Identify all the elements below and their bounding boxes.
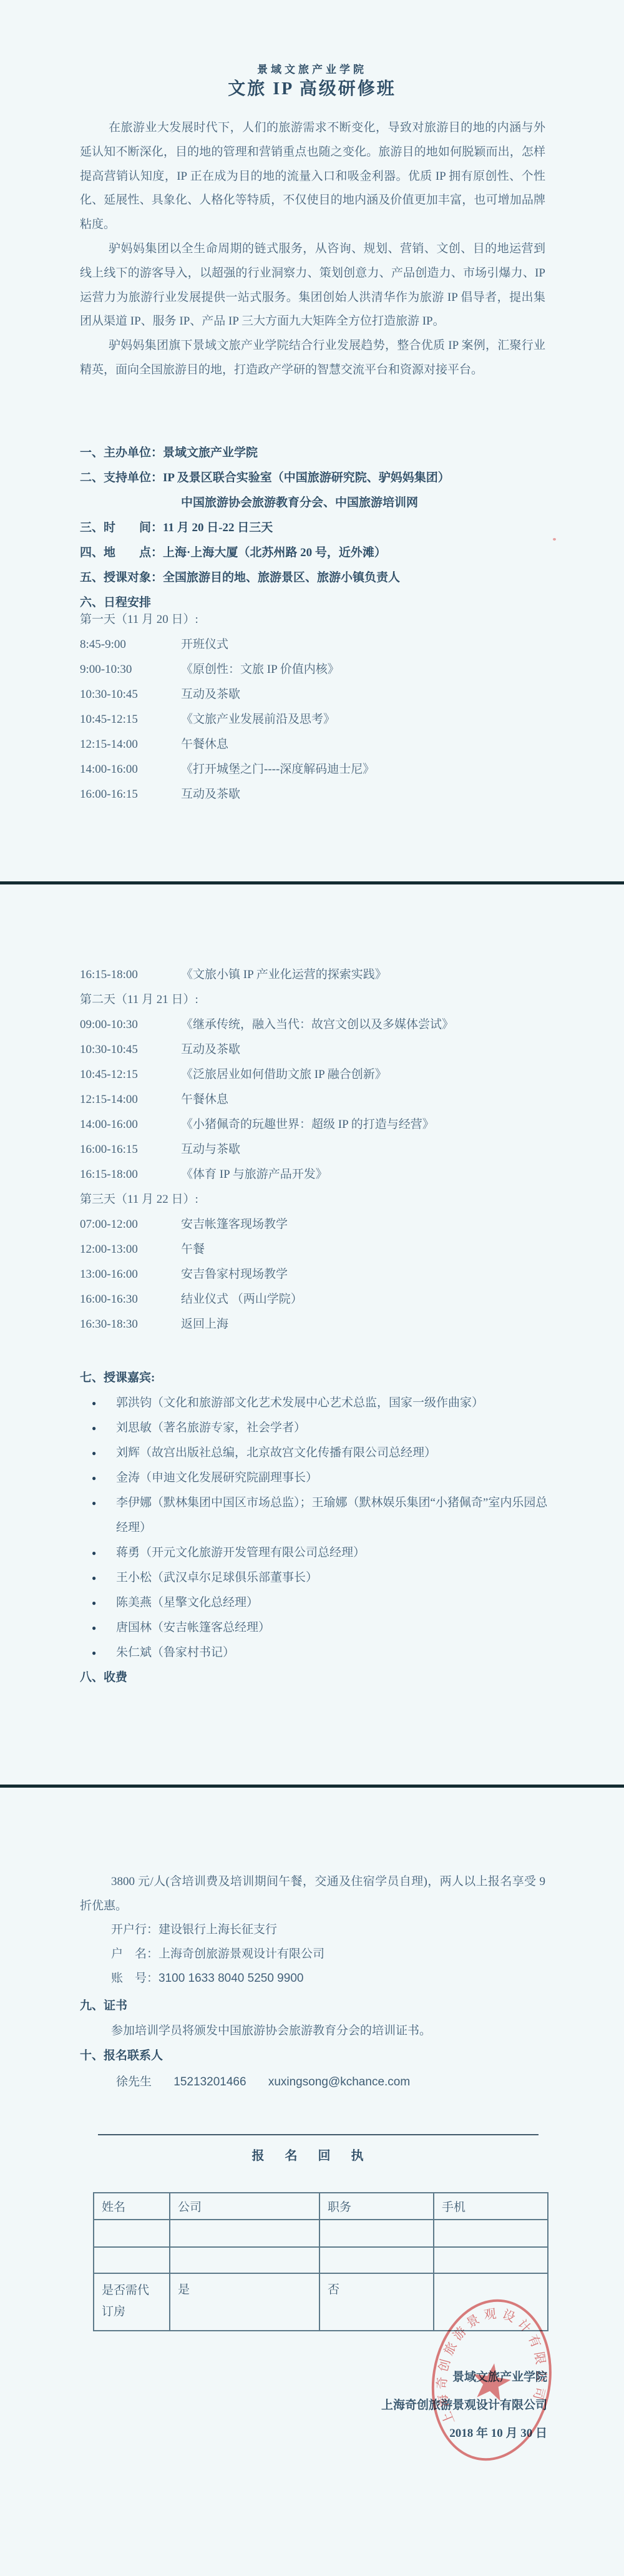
column-header-name: 姓名 bbox=[94, 2193, 170, 2220]
guest-text: 刘辉（故宫出版社总编，北京故宫文化传播有限公司总经理） bbox=[116, 1441, 436, 1466]
schedule-activity: 互动及茶歇 bbox=[181, 782, 240, 807]
guests-heading: 七、授课嘉宾: bbox=[80, 1368, 155, 1385]
day-header: 第一天（11 月 20 日）: bbox=[80, 607, 573, 632]
table-row bbox=[94, 2247, 548, 2273]
schedule-activity: 《原创性：文旅 IP 价值内核》 bbox=[181, 657, 339, 682]
schedule-activity: 午餐 bbox=[181, 1237, 205, 1262]
schedule-activity: 《小猪佩奇的玩趣世界：超级 IP 的打造与经营》 bbox=[181, 1112, 434, 1137]
intro-paragraph: 驴妈妈集团以全生命周期的链式服务，从咨询、规划、营销、文创、目的地运营到线上线下… bbox=[80, 237, 545, 334]
bullet-icon: ● bbox=[80, 1491, 116, 1516]
schedule-time: 16:00-16:15 bbox=[80, 782, 181, 807]
info-section: 一、主办单位：景域文旅产业学院 二、支持单位：IP 及景区联合实验室（中国旅游研… bbox=[80, 441, 560, 615]
schedule-row: 16:15-18:00 《体育 IP 与旅游产品开发》 bbox=[80, 1162, 573, 1187]
guest-text: 李伊娜（默林集团中国区市场总监）；王瑜娜（默林娱乐集团“小猪佩奇”室内乐园总经理… bbox=[116, 1491, 558, 1540]
need-booking-label: 是否需代订房 bbox=[94, 2273, 170, 2331]
empty-cell bbox=[94, 2220, 170, 2247]
info-item-audience: 五、授课对象：全国旅游目的地、旅游景区、旅游小镇负责人 bbox=[80, 566, 560, 590]
schedule-row: 10:30-10:45 互动及茶歇 bbox=[80, 682, 573, 707]
bank-line-account-number: 账 号：3100 1633 8040 5250 9900 bbox=[111, 1966, 324, 1991]
bullet-icon: ● bbox=[80, 1640, 116, 1665]
contact-line: 徐先生 15213201466 xuxingsong@kchance.com bbox=[116, 2072, 429, 2089]
guest-item: ● 刘辉（故宫出版社总编，北京故宫文化传播有限公司总经理） bbox=[80, 1441, 558, 1466]
day2-day3-schedule: 16:15-18:00 《文旅小镇 IP 产业化运营的探索实践》 第二天（11 … bbox=[80, 962, 573, 1337]
info-item-support: 二、支持单位：IP 及景区联合实验室（中国旅游研究院、驴妈妈集团） bbox=[80, 466, 560, 491]
schedule-row: 16:30-18:30 返回上海 bbox=[80, 1312, 573, 1337]
schedule-row: 16:00-16:30 结业仪式 （两山学院） bbox=[80, 1287, 573, 1312]
info-item-time: 三、时 间：11 月 20 日-22 日三天 bbox=[80, 516, 560, 541]
schedule-activity: 《打开城堡之门----深度解码迪士尼》 bbox=[181, 757, 374, 782]
page-separator bbox=[0, 1785, 624, 1788]
column-header-company: 公司 bbox=[170, 2193, 319, 2220]
schedule-time: 14:00-16:00 bbox=[80, 757, 181, 782]
fee-note: 3800 元/人(含培训费及培训期间午餐，交通及住宿学员自理)，两人以上报名享受… bbox=[80, 1869, 545, 1918]
guest-text: 陈美燕（星擎文化总经理） bbox=[116, 1590, 258, 1615]
bullet-icon: ● bbox=[80, 1416, 116, 1441]
info-item-support-cont: 中国旅游协会旅游教育分会、中国旅游培训网 bbox=[80, 491, 560, 516]
empty-cell bbox=[434, 2247, 548, 2273]
schedule-time: 09:00-10:30 bbox=[80, 1012, 181, 1037]
guest-item: ● 蒋勇（开元文化旅游开发管理有限公司总经理） bbox=[80, 1540, 558, 1565]
schedule-row: 16:00-16:15 互动及茶歇 bbox=[80, 782, 573, 807]
schedule-activity: 《泛旅居业如何借助文旅 IP 融合创新》 bbox=[181, 1062, 387, 1087]
schedule-activity: 《继承传统，融入当代：故宫文创以及多媒体尝试》 bbox=[181, 1012, 454, 1037]
guest-item: ● 郭洪钧（文化和旅游部文化艺术发展中心艺术总监，国家一级作曲家） bbox=[80, 1391, 558, 1416]
contact-phone: 15213201466 bbox=[173, 2075, 246, 2089]
schedule-row: 12:00-13:00 午餐 bbox=[80, 1237, 573, 1262]
schedule-activity: 《体育 IP 与旅游产品开发》 bbox=[181, 1162, 328, 1187]
table-row bbox=[94, 2220, 548, 2247]
schedule-row: 9:00-10:30 《原创性：文旅 IP 价值内核》 bbox=[80, 657, 573, 682]
schedule-activity: 《文旅产业发展前沿及思考》 bbox=[181, 707, 335, 732]
schedule-row: 12:15-14:00 午餐休息 bbox=[80, 1087, 573, 1112]
guest-item: ● 李伊娜（默林集团中国区市场总监）；王瑜娜（默林娱乐集团“小猪佩奇”室内乐园总… bbox=[80, 1491, 558, 1540]
schedule-time: 8:45-9:00 bbox=[80, 632, 181, 657]
schedule-row: 14:00-16:00 《打开城堡之门----深度解码迪士尼》 bbox=[80, 757, 573, 782]
empty-cell bbox=[170, 2220, 319, 2247]
empty-cell bbox=[170, 2247, 319, 2273]
schedule-activity: 互动及茶歇 bbox=[181, 1037, 240, 1062]
schedule-activity: 互动与茶歇 bbox=[181, 1137, 240, 1162]
schedule-time: 16:15-18:00 bbox=[80, 962, 181, 987]
schedule-time: 12:00-13:00 bbox=[80, 1237, 181, 1262]
document-title: 文旅 IP 高级研修班 bbox=[0, 75, 624, 100]
booking-yes-cell: 是 bbox=[170, 2273, 319, 2331]
schedule-row: 12:15-14:00 午餐休息 bbox=[80, 732, 573, 757]
contact-name: 徐先生 bbox=[116, 2075, 152, 2089]
page-separator bbox=[0, 881, 624, 884]
bank-line-bank: 开户行：建设银行上海长征支行 bbox=[111, 1917, 324, 1942]
bank-details: 开户行：建设银行上海长征支行 户 名：上海奇创旅游景观设计有限公司 账 号：31… bbox=[111, 1917, 324, 1991]
schedule-activity: 午餐休息 bbox=[181, 732, 228, 757]
guest-item: ● 刘思敏（著名旅游专家，社会学者） bbox=[80, 1416, 558, 1441]
schedule-time: 12:15-14:00 bbox=[80, 1087, 181, 1112]
schedule-row: 16:00-16:15 互动与茶歇 bbox=[80, 1137, 573, 1162]
guest-text: 王小松（武汉卓尔足球俱乐部董事长） bbox=[116, 1565, 318, 1590]
guest-text: 朱仁斌（鲁家村书记） bbox=[116, 1640, 235, 1665]
schedule-row: 10:30-10:45 互动及茶歇 bbox=[80, 1037, 573, 1062]
guest-text: 唐国林（安吉帐篷客总经理） bbox=[116, 1615, 270, 1640]
empty-cell bbox=[319, 2247, 434, 2273]
schedule-row: 13:00-16:00 安吉鲁家村现场教学 bbox=[80, 1262, 573, 1287]
schedule-time: 10:30-10:45 bbox=[80, 1037, 181, 1062]
schedule-activity: 安吉鲁家村现场教学 bbox=[181, 1262, 288, 1287]
schedule-time: 16:30-18:30 bbox=[80, 1312, 181, 1337]
schedule-activity: 互动及茶歇 bbox=[181, 682, 240, 707]
schedule-row: 8:45-9:00 开班仪式 bbox=[80, 632, 573, 657]
schedule-row: 09:00-10:30 《继承传统，融入当代：故宫文创以及多媒体尝试》 bbox=[80, 1012, 573, 1037]
schedule-row: 10:45-12:15 《泛旅居业如何借助文旅 IP 融合创新》 bbox=[80, 1062, 573, 1087]
contact-heading: 十、报名联系人 bbox=[80, 2046, 163, 2063]
guest-list: ● 郭洪钧（文化和旅游部文化艺术发展中心艺术总监，国家一级作曲家） ● 刘思敏（… bbox=[80, 1391, 558, 1665]
contact-email: xuxingsong@kchance.com bbox=[268, 2075, 410, 2089]
bullet-icon: ● bbox=[80, 1565, 116, 1590]
table-header-row: 姓名 公司 职务 手机 bbox=[94, 2193, 548, 2220]
fee-section-heading: 八、收费 bbox=[80, 1668, 127, 1685]
guest-item: ● 王小松（武汉卓尔足球俱乐部董事长） bbox=[80, 1565, 558, 1590]
schedule-time: 9:00-10:30 bbox=[80, 657, 181, 682]
day1-schedule: 第一天（11 月 20 日）: 8:45-9:00 开班仪式 9:00-10:3… bbox=[80, 607, 573, 807]
schedule-activity: 结业仪式 （两山学院） bbox=[181, 1287, 303, 1312]
schedule-activity: 午餐休息 bbox=[181, 1087, 228, 1112]
day-header: 第二天（11 月 21 日）: bbox=[80, 987, 573, 1012]
schedule-time: 16:00-16:15 bbox=[80, 1137, 181, 1162]
column-header-mobile: 手机 bbox=[434, 2193, 548, 2220]
bullet-icon: ● bbox=[80, 1441, 116, 1466]
schedule-row: 14:00-16:00 《小猪佩奇的玩趣世界：超级 IP 的打造与经营》 bbox=[80, 1112, 573, 1137]
schedule-activity: 返回上海 bbox=[181, 1312, 228, 1337]
empty-cell bbox=[319, 2220, 434, 2247]
schedule-row: 16:15-18:00 《文旅小镇 IP 产业化运营的探索实践》 bbox=[80, 962, 573, 987]
star-icon bbox=[470, 2361, 513, 2402]
guest-text: 刘思敏（著名旅游专家，社会学者） bbox=[116, 1416, 306, 1441]
red-ink-speck bbox=[553, 538, 556, 541]
bullet-icon: ● bbox=[80, 1540, 116, 1565]
schedule-activity: 安吉帐篷客现场教学 bbox=[181, 1212, 288, 1237]
schedule-time: 10:30-10:45 bbox=[80, 682, 181, 707]
booking-no-cell: 否 bbox=[319, 2273, 434, 2331]
intro-section: 在旅游业大发展时代下，人们的旅游需求不断变化，导致对旅游目的地的内涵与外延认知不… bbox=[80, 116, 545, 383]
guest-item: ● 唐国林（安吉帐篷客总经理） bbox=[80, 1615, 558, 1640]
empty-cell bbox=[434, 2220, 548, 2247]
schedule-time: 14:00-16:00 bbox=[80, 1112, 181, 1137]
guest-text: 蒋勇（开元文化旅游开发管理有限公司总经理） bbox=[116, 1540, 365, 1565]
bullet-icon: ● bbox=[80, 1615, 116, 1640]
organization-title: 景域文旅产业学院 bbox=[0, 61, 624, 76]
schedule-time: 07:00-12:00 bbox=[80, 1212, 181, 1237]
bank-line-account-name: 户 名：上海奇创旅游景观设计有限公司 bbox=[111, 1942, 324, 1966]
schedule-activity: 《文旅小镇 IP 产业化运营的探索实践》 bbox=[181, 962, 387, 987]
guest-item: ● 朱仁斌（鲁家村书记） bbox=[80, 1640, 558, 1665]
form-divider bbox=[98, 2134, 539, 2135]
column-header-title: 职务 bbox=[319, 2193, 434, 2220]
empty-cell bbox=[94, 2247, 170, 2273]
bullet-icon: ● bbox=[80, 1391, 116, 1416]
certificate-text: 参加培训学员将颁发中国旅游协会旅游教育分会的培训证书。 bbox=[111, 2021, 431, 2038]
day-header: 第三天（11 月 22 日）: bbox=[80, 1187, 573, 1212]
schedule-time: 16:00-16:30 bbox=[80, 1287, 181, 1312]
certificate-heading: 九、证书 bbox=[80, 1996, 127, 2013]
bullet-icon: ● bbox=[80, 1590, 116, 1615]
registration-form-title: 报 名 回 执 bbox=[0, 2145, 624, 2163]
info-item-host: 一、主办单位：景域文旅产业学院 bbox=[80, 441, 560, 466]
schedule-time: 10:45-12:15 bbox=[80, 707, 181, 732]
schedule-time: 13:00-16:00 bbox=[80, 1262, 181, 1287]
guest-text: 金涛（申迪文化发展研究院副理事长） bbox=[116, 1466, 318, 1491]
schedule-time: 16:15-18:00 bbox=[80, 1162, 181, 1187]
schedule-time: 10:45-12:15 bbox=[80, 1062, 181, 1087]
guest-item: ● 陈美燕（星擎文化总经理） bbox=[80, 1590, 558, 1615]
guest-item: ● 金涛（申迪文化发展研究院副理事长） bbox=[80, 1466, 558, 1491]
intro-paragraph: 驴妈妈集团旗下景域文旅产业学院结合行业发展趋势，整合优质 IP 案例，汇聚行业精… bbox=[80, 334, 545, 383]
info-item-place: 四、地 点：上海·上海大厦（北苏州路 20 号，近外滩） bbox=[80, 541, 560, 566]
schedule-activity: 开班仪式 bbox=[181, 632, 228, 657]
scanned-document: 景域文旅产业学院 文旅 IP 高级研修班 在旅游业大发展时代下，人们的旅游需求不… bbox=[0, 0, 624, 2576]
schedule-time: 12:15-14:00 bbox=[80, 732, 181, 757]
guest-text: 郭洪钧（文化和旅游部文化艺术发展中心艺术总监，国家一级作曲家） bbox=[116, 1391, 484, 1416]
bullet-icon: ● bbox=[80, 1466, 116, 1491]
schedule-row: 10:45-12:15 《文旅产业发展前沿及思考》 bbox=[80, 707, 573, 732]
intro-paragraph: 在旅游业大发展时代下，人们的旅游需求不断变化，导致对旅游目的地的内涵与外延认知不… bbox=[80, 116, 545, 237]
company-seal: 上海奇创旅游景观设计有限公司 bbox=[417, 2286, 567, 2473]
schedule-row: 07:00-12:00 安吉帐篷客现场教学 bbox=[80, 1212, 573, 1237]
